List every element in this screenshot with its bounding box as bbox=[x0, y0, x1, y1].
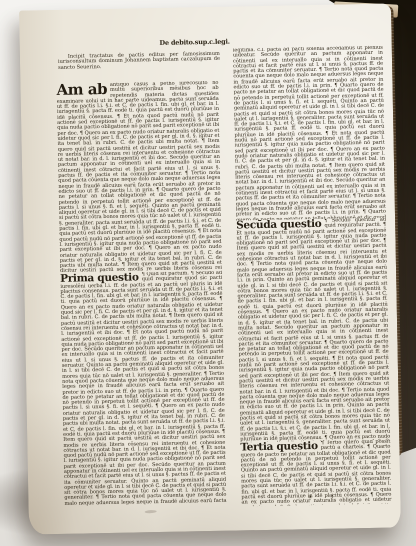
right-top-text: legitima. c.l. pacta ad pacti solēnia ac… bbox=[233, 46, 386, 221]
book-photograph: De debito.sup.c.legi. Incipit tractatus … bbox=[0, 0, 416, 546]
left-column-opening-paragraph: Am abantiquo casus a petho iurecōsulto n… bbox=[56, 81, 222, 274]
secunda-questio-text: ¶ Secūdo queritur ad quid requiratur pac… bbox=[236, 218, 390, 443]
incunable-page: De debito.sup.c.legi. Incipit tractatus … bbox=[19, 3, 401, 534]
prima-questio-text: ¶ Quid sit pactum. ¶ Secūdo ad quid requ… bbox=[60, 271, 226, 506]
right-column-secunda-section: Secūda questio¶ Secūdo queritur ad quid … bbox=[236, 218, 390, 443]
ink-smudge bbox=[145, 510, 157, 514]
right-text-column: legitima. c.l. pacta ad pacti solēnia ac… bbox=[233, 46, 392, 507]
left-text-column: Am abantiquo casus a petho iurecōsulto n… bbox=[56, 81, 226, 506]
right-column-top-paragraph: legitima. c.l. pacta ad pacti solēnia ac… bbox=[233, 46, 386, 221]
incipit-paragraph: Incipit tractatus de pactis editus per f… bbox=[58, 52, 220, 71]
left-column-prima-section: Prima questio¶ Quid sit pactum. ¶ Secūdo… bbox=[60, 271, 226, 506]
left-opening-text: antiquo casus a petho iurecōsulto nō mul… bbox=[57, 81, 222, 274]
drop-cap-word: Am ab bbox=[56, 83, 110, 96]
running-head: De debito.sup.c.legi. bbox=[135, 37, 255, 47]
